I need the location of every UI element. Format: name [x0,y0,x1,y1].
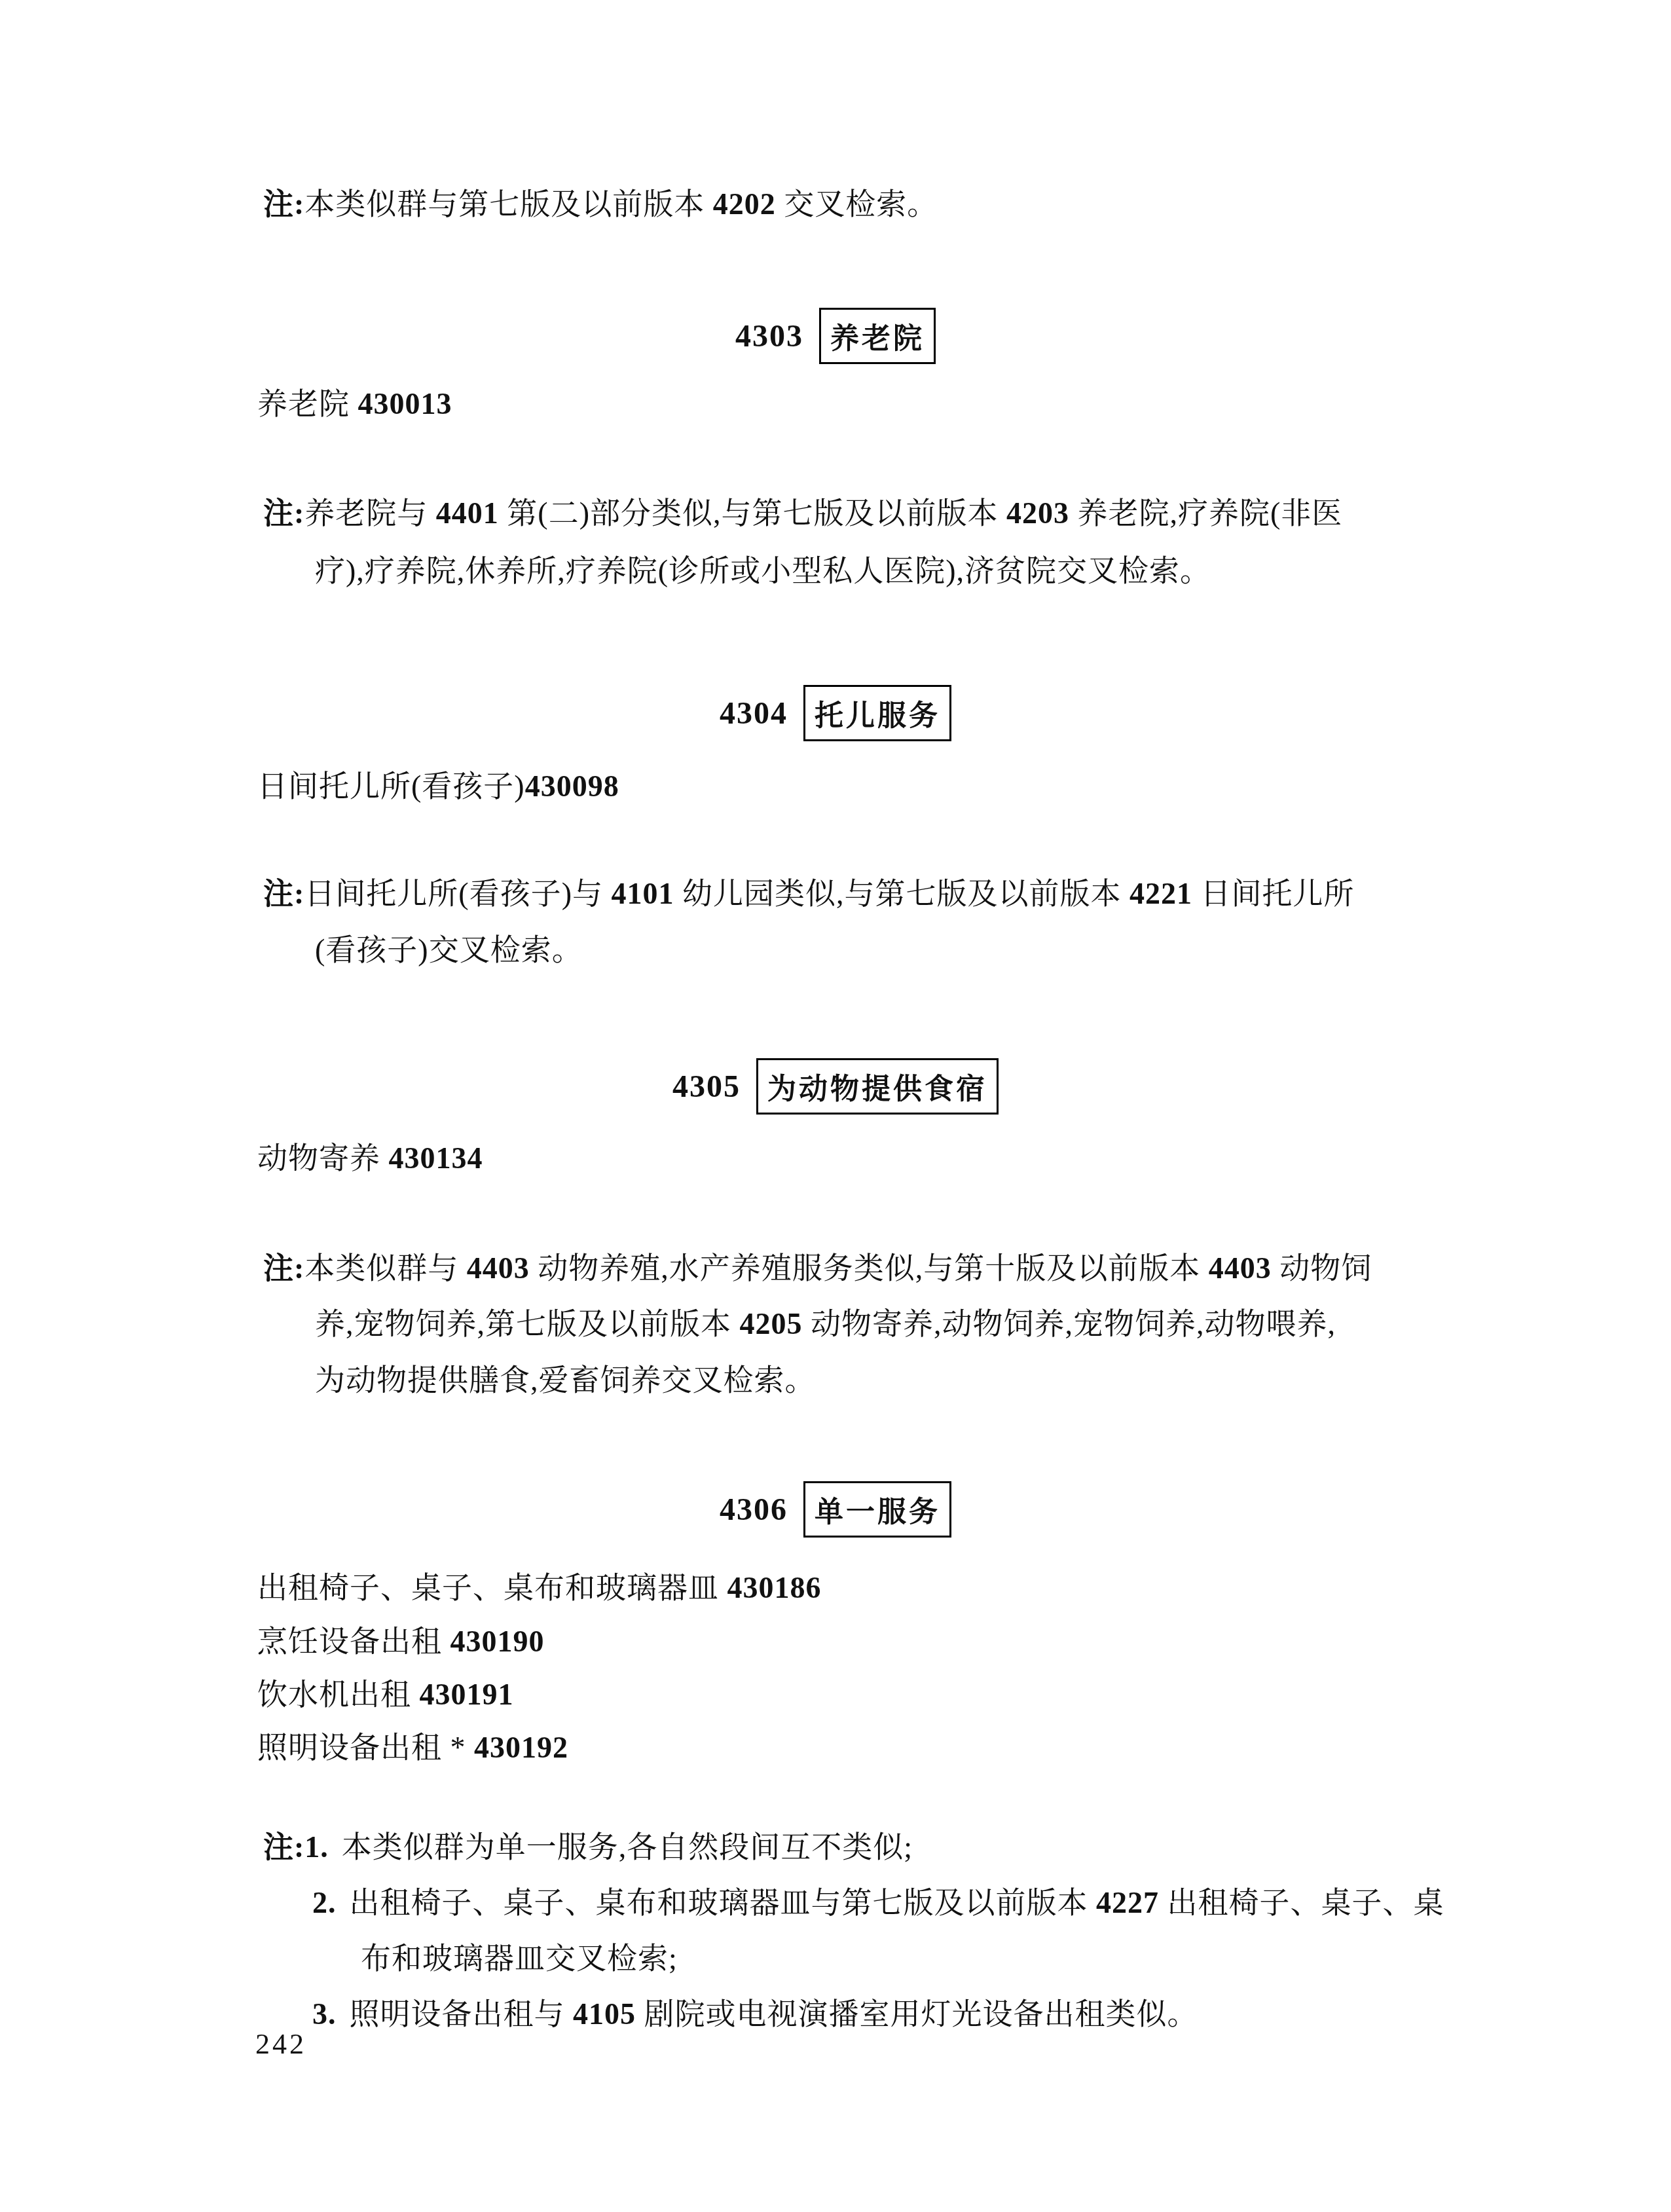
note-text: 养老院与 [304,496,436,530]
page-number: 242 [255,2027,306,2061]
goods-id: 430192 [474,1731,568,1764]
note-text: 动物养殖,水产养殖服务类似,与第十版及以前版本 [530,1251,1209,1285]
section-code: 4306 [720,1492,788,1528]
goods-id: 430013 [358,387,452,420]
note-line: 养,宠物饲养,第七版及以前版本 4205 动物寄养,动物饲养,宠物饲养,动物喂养… [315,1305,1336,1343]
note-prefix: 注: [263,496,304,530]
note-item-number: 1. [304,1830,329,1864]
goods-name: 烹饪设备出租 [257,1625,450,1658]
goods-name: 养老院 [257,387,358,420]
note-prefix: 注: [263,187,304,221]
note-text: 本类似群与第七版及以前版本 [304,187,713,221]
note-line: 注:本类似群与第七版及以前版本 4202 交叉检索。 [263,185,938,223]
note-text: 疗),疗养院,休养所,疗养院(诊所或小型私人医院),济贫院交叉检索。 [315,554,1211,587]
goods-id: 430134 [389,1141,483,1175]
goods-name: 照明设备出租 * [257,1731,474,1764]
note-text: 本类似群与 [304,1251,467,1285]
note-line: (看孩子)交叉检索。 [315,931,583,969]
section-code: 4304 [720,695,788,731]
note-text: (看孩子)交叉检索。 [315,933,583,967]
note-text: 日间托儿所 [1192,877,1355,910]
note-text: 交叉检索。 [776,187,938,221]
goods-item-line: 烹饪设备出租 430190 [257,1623,545,1661]
section-title-box: 单一服务 [803,1481,951,1538]
goods-item-line: 出租椅子、桌子、桌布和玻璃器皿 430186 [257,1569,822,1607]
goods-id: 430186 [727,1571,822,1604]
goods-id: 430098 [525,769,619,803]
section-title-box: 养老院 [819,308,936,364]
section-heading-4305: 4305为动物提供食宿 [0,1058,1671,1115]
note-text: 第(二)部分类似,与第七版及以前版本 [499,496,1006,530]
section-heading-4304: 4304托儿服务 [0,685,1671,741]
code-ref: 4205 [740,1307,803,1340]
goods-name: 动物寄养 [257,1141,389,1175]
goods-item-line: 饮水机出租 430191 [257,1676,514,1714]
goods-item-line: 养老院 430013 [257,385,452,423]
note-prefix: 注: [263,1830,304,1864]
code-ref: 4101 [611,877,674,910]
note-line: 2.出租椅子、桌子、桌布和玻璃器皿与第七版及以前版本 4227 出租椅子、桌子、… [312,1884,1444,1922]
note-text: 照明设备出租与 [350,1997,574,2031]
section-code: 4305 [672,1069,741,1105]
note-line: 注:1.本类似群为单一服务,各自然段间互不类似; [263,1828,913,1866]
note-text: 动物寄养,动物饲养,宠物饲养,动物喂养, [803,1307,1336,1340]
note-text: 本类似群为单一服务,各自然段间互不类似; [342,1830,913,1864]
note-line: 布和玻璃器皿交叉检索; [361,1940,678,1978]
section-title-box: 托儿服务 [803,685,951,741]
goods-item-line: 照明设备出租 * 430192 [257,1729,568,1767]
note-text: 养老院,疗养院(非医 [1069,496,1342,530]
note-line: 为动物提供膳食,爱畜饲养交叉检索。 [315,1361,816,1399]
document-page: 注:本类似群与第七版及以前版本 4202 交叉检索。 4303养老院 养老院 4… [0,0,1671,2212]
code-ref: 4203 [1006,496,1069,530]
note-prefix: 注: [263,877,304,910]
note-line: 疗),疗养院,休养所,疗养院(诊所或小型私人医院),济贫院交叉检索。 [315,552,1211,590]
note-line: 注:本类似群与 4403 动物养殖,水产养殖服务类似,与第十版及以前版本 440… [263,1249,1372,1287]
note-line: 3.照明设备出租与 4105 剧院或电视演播室用灯光设备出租类似。 [312,1995,1198,2033]
goods-item-line: 日间托儿所(看孩子)430098 [257,767,619,805]
goods-id: 430191 [420,1678,514,1711]
code-ref: 4227 [1096,1886,1159,1919]
note-text: 出租椅子、桌子、桌 [1159,1886,1444,1919]
note-text: 幼儿园类似,与第七版及以前版本 [674,877,1129,910]
goods-name: 饮水机出租 [257,1678,420,1711]
note-text: 动物饲 [1272,1251,1372,1285]
note-text: 出租椅子、桌子、桌布和玻璃器皿与第七版及以前版本 [350,1886,1097,1919]
code-ref: 4403 [1209,1251,1272,1285]
note-text: 养,宠物饲养,第七版及以前版本 [315,1307,740,1340]
note-prefix: 注: [263,1251,304,1285]
goods-id: 430190 [450,1625,545,1658]
note-line: 注:养老院与 4401 第(二)部分类似,与第七版及以前版本 4203 养老院,… [263,494,1342,532]
section-code: 4303 [735,318,803,354]
note-text: 日间托儿所(看孩子)与 [304,877,611,910]
goods-name: 日间托儿所(看孩子) [257,769,525,803]
note-item-number: 3. [312,1997,337,2031]
section-title-box: 为动物提供食宿 [756,1058,999,1115]
note-text: 布和玻璃器皿交叉检索; [361,1942,678,1975]
section-heading-4303: 4303养老院 [0,308,1671,364]
note-line: 注:日间托儿所(看孩子)与 4101 幼儿园类似,与第七版及以前版本 4221 … [263,875,1354,913]
note-text: 剧院或电视演播室用灯光设备出租类似。 [636,1997,1198,2031]
note-text: 为动物提供膳食,爱畜饲养交叉检索。 [315,1363,816,1397]
code-ref: 4105 [573,1997,636,2031]
goods-item-line: 动物寄养 430134 [257,1139,483,1177]
code-ref: 4221 [1129,877,1192,910]
goods-name: 出租椅子、桌子、桌布和玻璃器皿 [257,1571,727,1604]
code-ref: 4202 [713,187,776,221]
code-ref: 4401 [436,496,499,530]
code-ref: 4403 [467,1251,530,1285]
note-item-number: 2. [312,1886,337,1919]
section-heading-4306: 4306单一服务 [0,1481,1671,1538]
